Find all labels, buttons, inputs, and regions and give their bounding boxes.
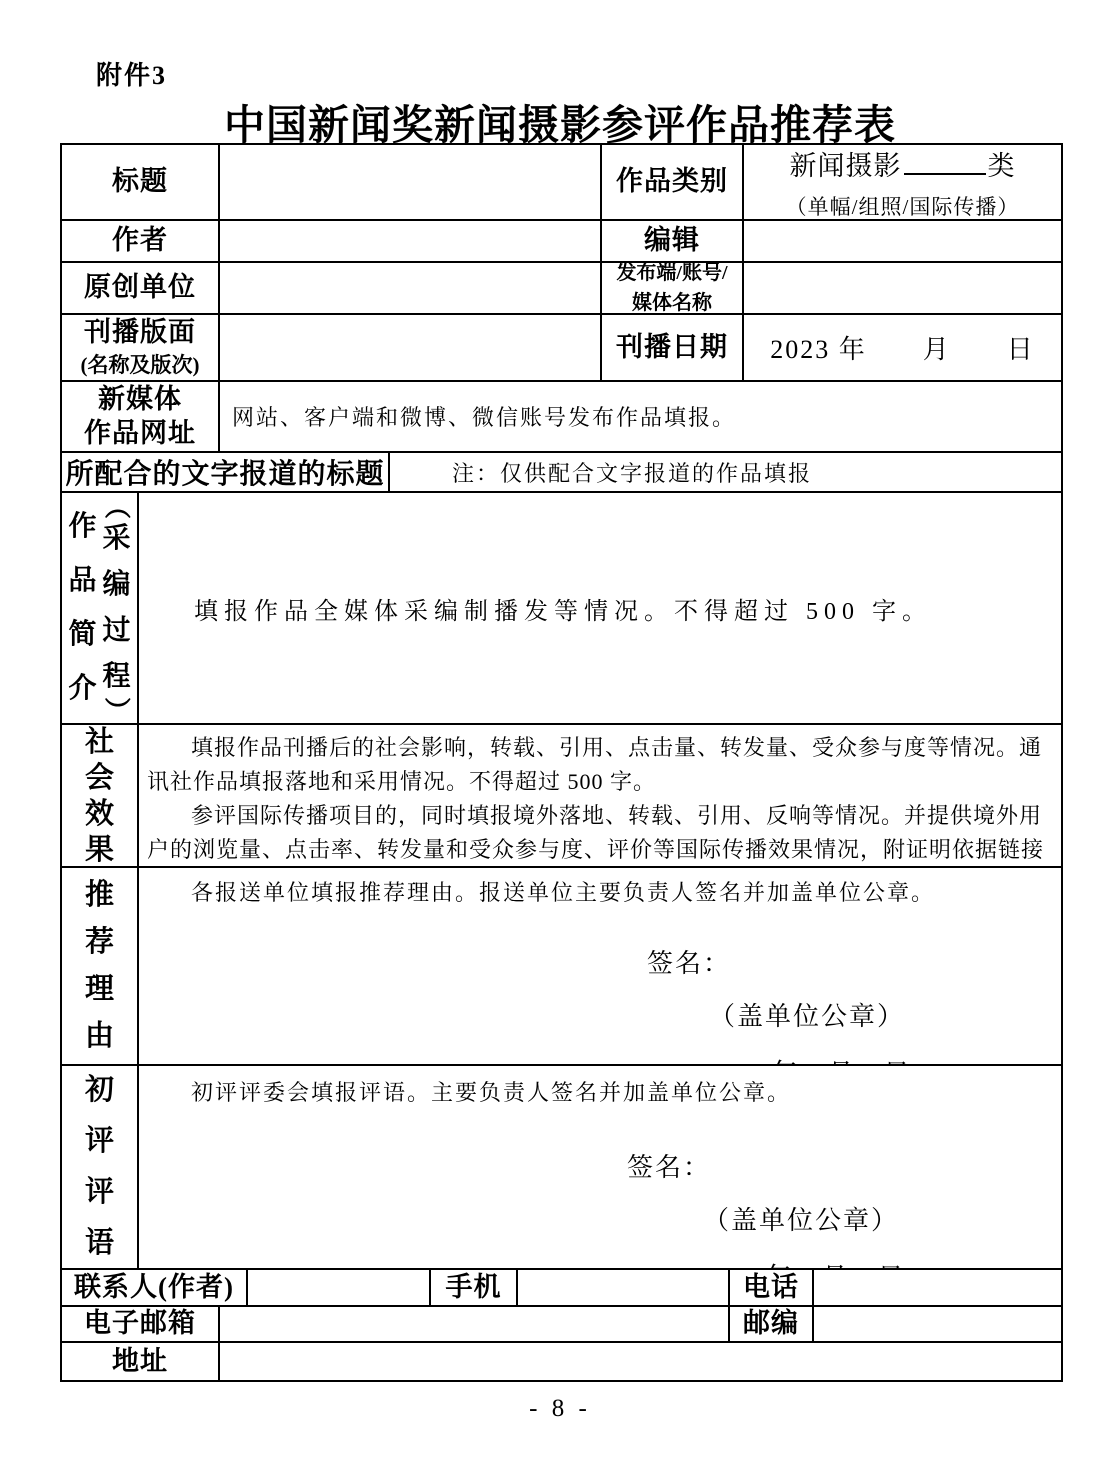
email-label: 电子邮箱 (62, 1307, 220, 1341)
preliminary-review-label-cell: 初评评语 (62, 1066, 139, 1268)
editor-input-cell[interactable] (744, 221, 1061, 261)
category-prefix: 新闻摄影 (790, 151, 902, 181)
document-page: 附件3 中国新闻奖新闻摄影参评作品推荐表 标题 作品类别 新闻摄影类 （单幅/组… (0, 0, 1120, 1484)
social-effect-input-cell[interactable]: 填报作品刊播后的社会影响，转载、引用、点击量、转发量、受众参与度等情况。通讯社作… (139, 725, 1061, 866)
social-effect-para2: 参评国际传播项目的，同时填报境外落地、转载、引用、反响等情况。并提供境外用户的浏… (147, 799, 1051, 866)
work-intro-label-sub-column: （ 采编过程 ） (101, 496, 133, 720)
new-media-label-line2: 作品网址 (84, 417, 196, 451)
author-row: 作者 编辑 (62, 221, 1061, 263)
preliminary-review-label: 初评评语 (83, 1066, 117, 1268)
phone-label: 电话 (730, 1270, 814, 1305)
work-intro-vertical-label: 作品简介 （ 采编过程 ） (67, 496, 133, 720)
recommendation-label-cell: 推荐理由 (62, 868, 139, 1064)
preliminary-sign-label: 签名： (147, 1147, 1051, 1184)
work-intro-note: 填报作品全媒体采编制播发等情况。不得超过 500 字。 (194, 591, 932, 626)
work-intro-label: 作品简介 （ 采编过程 ） (62, 493, 139, 723)
address-row: 地址 (62, 1343, 1061, 1380)
contact-label: 联系人(作者) (62, 1270, 248, 1305)
layout-input-cell[interactable] (220, 315, 602, 380)
preliminary-review-input-cell[interactable]: 初评评委会填报评语。主要负责人签名并加盖单位公章。 签名： （盖单位公章） 20… (139, 1066, 1061, 1268)
preliminary-seal-note: （盖单位公章） (147, 1200, 1051, 1237)
new-media-label: 新媒体 作品网址 (62, 382, 220, 451)
work-intro-label-sub: 采编过程 (101, 516, 133, 700)
phone-input-cell[interactable] (814, 1270, 1061, 1305)
recommendation-seal-note: （盖单位公章） (147, 996, 1051, 1033)
social-effect-para1: 填报作品刊播后的社会影响，转载、引用、点击量、转发量、受众参与度等情况。通讯社作… (147, 731, 1051, 799)
category-blank-line: 新闻摄影类 (790, 145, 1016, 183)
attachment-label: 附件3 (96, 55, 167, 92)
editor-label: 编辑 (602, 221, 744, 261)
original-unit-row: 原创单位 发布端/账号/ 媒体名称 (62, 263, 1061, 315)
work-intro-row: 作品简介 （ 采编过程 ） 填报作品全媒体采编制播发等情况。不得超过 500 字… (62, 493, 1061, 725)
recommendation-sign-label: 签名： (147, 943, 1051, 980)
category-suffix: 类 (988, 151, 1016, 181)
recommendation-row: 推荐理由 各报送单位填报推荐理由。报送单位主要负责人签名并加盖单位公章。 签名：… (62, 868, 1061, 1066)
social-effect-row: 社会效果 填报作品刊播后的社会影响，转载、引用、点击量、转发量、受众参与度等情况… (62, 725, 1061, 868)
category-blank-underline[interactable] (904, 146, 986, 175)
contact-row: 联系人(作者) 手机 电话 (62, 1270, 1061, 1307)
publisher-label: 发布端/账号/ 媒体名称 (602, 263, 744, 313)
paren-close: ） (106, 697, 126, 723)
text-report-title-row: 所配合的文字报道的标题 注：仅供配合文字报道的作品填报 (62, 453, 1061, 493)
recommendation-input-cell[interactable]: 各报送单位填报推荐理由。报送单位主要负责人签名并加盖单位公章。 签名： （盖单位… (139, 868, 1061, 1064)
original-unit-input-cell[interactable] (220, 263, 602, 313)
layout-label: 刊播版面 (名称及版次) (62, 315, 220, 380)
social-effect-label-cell: 社会效果 (62, 725, 139, 866)
work-intro-input-cell[interactable]: 填报作品全媒体采编制播发等情况。不得超过 500 字。 (139, 493, 1061, 723)
title-row: 标题 作品类别 新闻摄影类 （单幅/组照/国际传播） (62, 145, 1061, 221)
category-label: 作品类别 (602, 145, 744, 219)
zip-input-cell[interactable] (814, 1307, 1061, 1341)
category-value-cell[interactable]: 新闻摄影类 （单幅/组照/国际传播） (744, 145, 1061, 219)
text-report-title-input-cell[interactable]: 注：仅供配合文字报道的作品填报 (390, 453, 1061, 491)
page-number: - 8 - (0, 1395, 1120, 1423)
category-options-note: （单幅/组照/国际传播） (786, 191, 1020, 220)
contact-input-cell[interactable] (248, 1270, 431, 1305)
recommendation-note: 各报送单位填报推荐理由。报送单位主要负责人签名并加盖单位公章。 (147, 874, 1051, 907)
publisher-input-cell[interactable] (744, 263, 1061, 313)
mobile-input-cell[interactable] (518, 1270, 730, 1305)
address-input-cell[interactable] (220, 1343, 1061, 1380)
original-unit-label: 原创单位 (62, 263, 220, 313)
mobile-label: 手机 (431, 1270, 518, 1305)
author-input-cell[interactable] (220, 221, 602, 261)
social-effect-label: 社会效果 (83, 725, 117, 866)
title-label: 标题 (62, 145, 220, 219)
address-label: 地址 (62, 1343, 220, 1380)
email-input-cell[interactable] (220, 1307, 730, 1341)
paren-open: （ (106, 493, 126, 519)
work-intro-label-main: 作品简介 (67, 500, 99, 716)
layout-label-line1: 刊播版面 (84, 316, 196, 350)
zip-label: 邮编 (730, 1307, 814, 1341)
preliminary-date-blank: 2024 年 月 日 (147, 1257, 1051, 1268)
recommendation-form-table: 标题 作品类别 新闻摄影类 （单幅/组照/国际传播） 作者 编辑 原创单位 发布… (60, 143, 1063, 1382)
title-input-cell[interactable] (220, 145, 602, 219)
text-report-title-label: 所配合的文字报道的标题 (62, 453, 390, 491)
publisher-label-line1: 发布端/账号/ (616, 263, 727, 288)
new-media-url-row: 新媒体 作品网址 网站、客户端和微博、微信账号发布作品填报。 (62, 382, 1061, 453)
recommendation-date-blank: 2024 年 月 日 (147, 1053, 1051, 1064)
email-row: 电子邮箱 邮编 (62, 1307, 1061, 1343)
recommendation-label: 推荐理由 (83, 872, 117, 1060)
preliminary-review-row: 初评评语 初评评委会填报评语。主要负责人签名并加盖单位公章。 签名： （盖单位公… (62, 1066, 1061, 1270)
preliminary-review-note: 初评评委会填报评语。主要负责人签名并加盖单位公章。 (147, 1072, 1051, 1107)
publish-date-input-cell[interactable]: 2023 年 月 日 (744, 315, 1061, 380)
layout-row: 刊播版面 (名称及版次) 刊播日期 2023 年 月 日 (62, 315, 1061, 382)
new-media-url-input-cell[interactable]: 网站、客户端和微博、微信账号发布作品填报。 (220, 382, 1061, 451)
layout-label-line2: (名称及版次) (81, 349, 200, 379)
publish-date-label: 刊播日期 (602, 315, 744, 380)
new-media-label-line1: 新媒体 (98, 383, 182, 417)
author-label: 作者 (62, 221, 220, 261)
publisher-label-line2: 媒体名称 (632, 288, 712, 313)
